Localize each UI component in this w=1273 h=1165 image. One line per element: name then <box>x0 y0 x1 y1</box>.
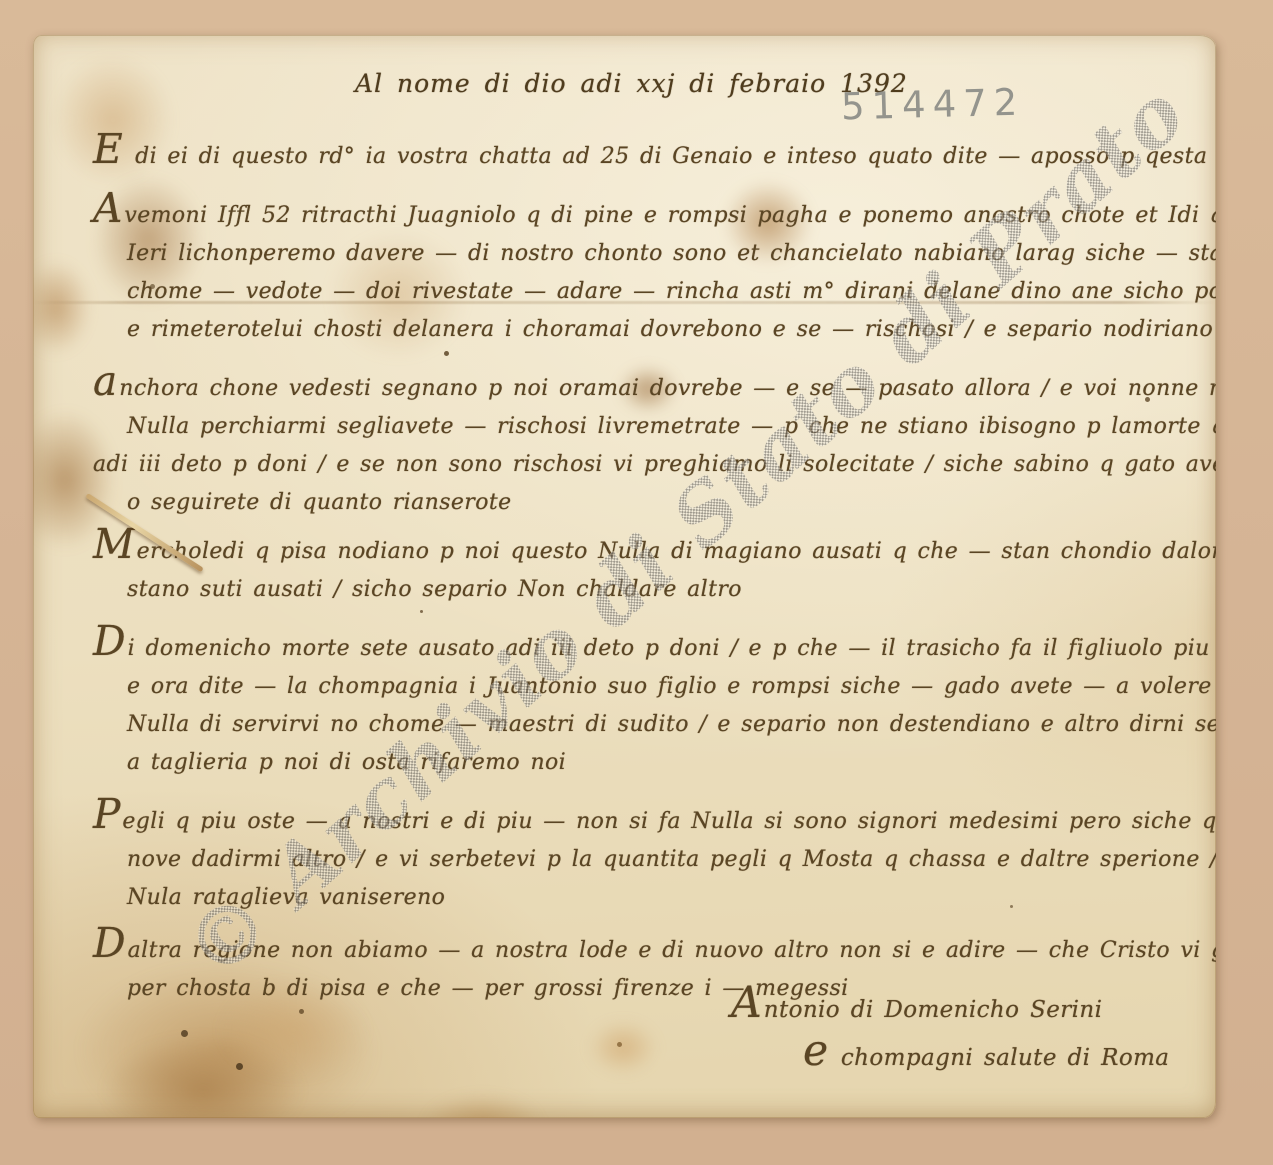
paragraph: Mercholedi q pisa nodiano p noi questo N… <box>93 524 1198 609</box>
manuscript-line: nove dadirmi altro / e vi serbetevi p la… <box>127 841 1198 879</box>
manuscript-paper: Al nome di dio adi xxj di febraio 1392 5… <box>33 35 1216 1118</box>
stain <box>588 1020 658 1075</box>
manuscript-line: Nulla perchiarmi segliavete — rischosi l… <box>127 408 1198 446</box>
manuscript-line: stano suti ausati / sicho separio Non ch… <box>127 571 1198 609</box>
paragraph: anchora chone vedesti segnano p noi oram… <box>93 361 1198 522</box>
signature-line: Antonio di Domenicho Serini <box>731 983 1169 1031</box>
stain <box>423 1093 543 1118</box>
manuscript-line: Daltra regione non abiamo — a nostra lod… <box>93 923 1198 970</box>
manuscript-line: e rimeterotelui chosti delanera i choram… <box>127 311 1198 349</box>
manuscript-line: a taglieria p noi di osta rifaremo noi <box>127 744 1198 782</box>
manuscript-line: Ieri lichonperemo davere — di nostro cho… <box>127 235 1198 273</box>
manuscript-line: Avemoni Iffl 52 ritracthi Juagniolo q di… <box>93 188 1198 235</box>
header-date-line: Al nome di dio adi xxj di febraio 1392 <box>355 69 908 98</box>
archive-number-pencil: 514472 <box>840 81 1024 129</box>
manuscript-line: chome — vedote — doi rivestate — adare —… <box>127 273 1198 311</box>
paragraph: E di ei di questo rd° ia vostra chatta a… <box>93 129 1198 176</box>
paragraph: Avemoni Iffl 52 ritracthi Juagniolo q di… <box>93 188 1198 349</box>
signature-line: e chompagni salute di Roma <box>803 1031 1169 1079</box>
paragraph: Pegli q piu oste — a nostri e di piu — n… <box>93 794 1198 917</box>
manuscript-line: o seguirete di quanto rianserote <box>127 484 1198 522</box>
manuscript-line: Nulla di servirvi no chome — maestri di … <box>127 706 1198 744</box>
manuscript-line: Pegli q piu oste — a nostri e di piu — n… <box>93 794 1198 841</box>
manuscript-line: Nula rataglieva vanisereno <box>127 879 1198 917</box>
manuscript-line: Di domenicho morte sete ausato adi iii d… <box>93 621 1198 668</box>
manuscript-line: anchora chone vedesti segnano p noi oram… <box>93 361 1198 408</box>
ink-specks <box>33 35 36 38</box>
stain <box>103 1035 303 1118</box>
manuscript-line: Mercholedi q pisa nodiano p noi questo N… <box>93 524 1198 571</box>
paragraph: Di domenicho morte sete ausato adi iii d… <box>93 621 1198 782</box>
signature-block: Antonio di Domenicho Serini e chompagni … <box>731 983 1169 1079</box>
manuscript-line: e ora dite — la chompagnia i Juantonio s… <box>127 668 1198 706</box>
manuscript-body: E di ei di questo rd° ia vostra chatta a… <box>93 129 1198 1008</box>
stain <box>33 260 91 355</box>
manuscript-line: adi iii deto p doni / e se non sono risc… <box>93 446 1198 484</box>
manuscript-line: E di ei di questo rd° ia vostra chatta a… <box>93 129 1198 176</box>
